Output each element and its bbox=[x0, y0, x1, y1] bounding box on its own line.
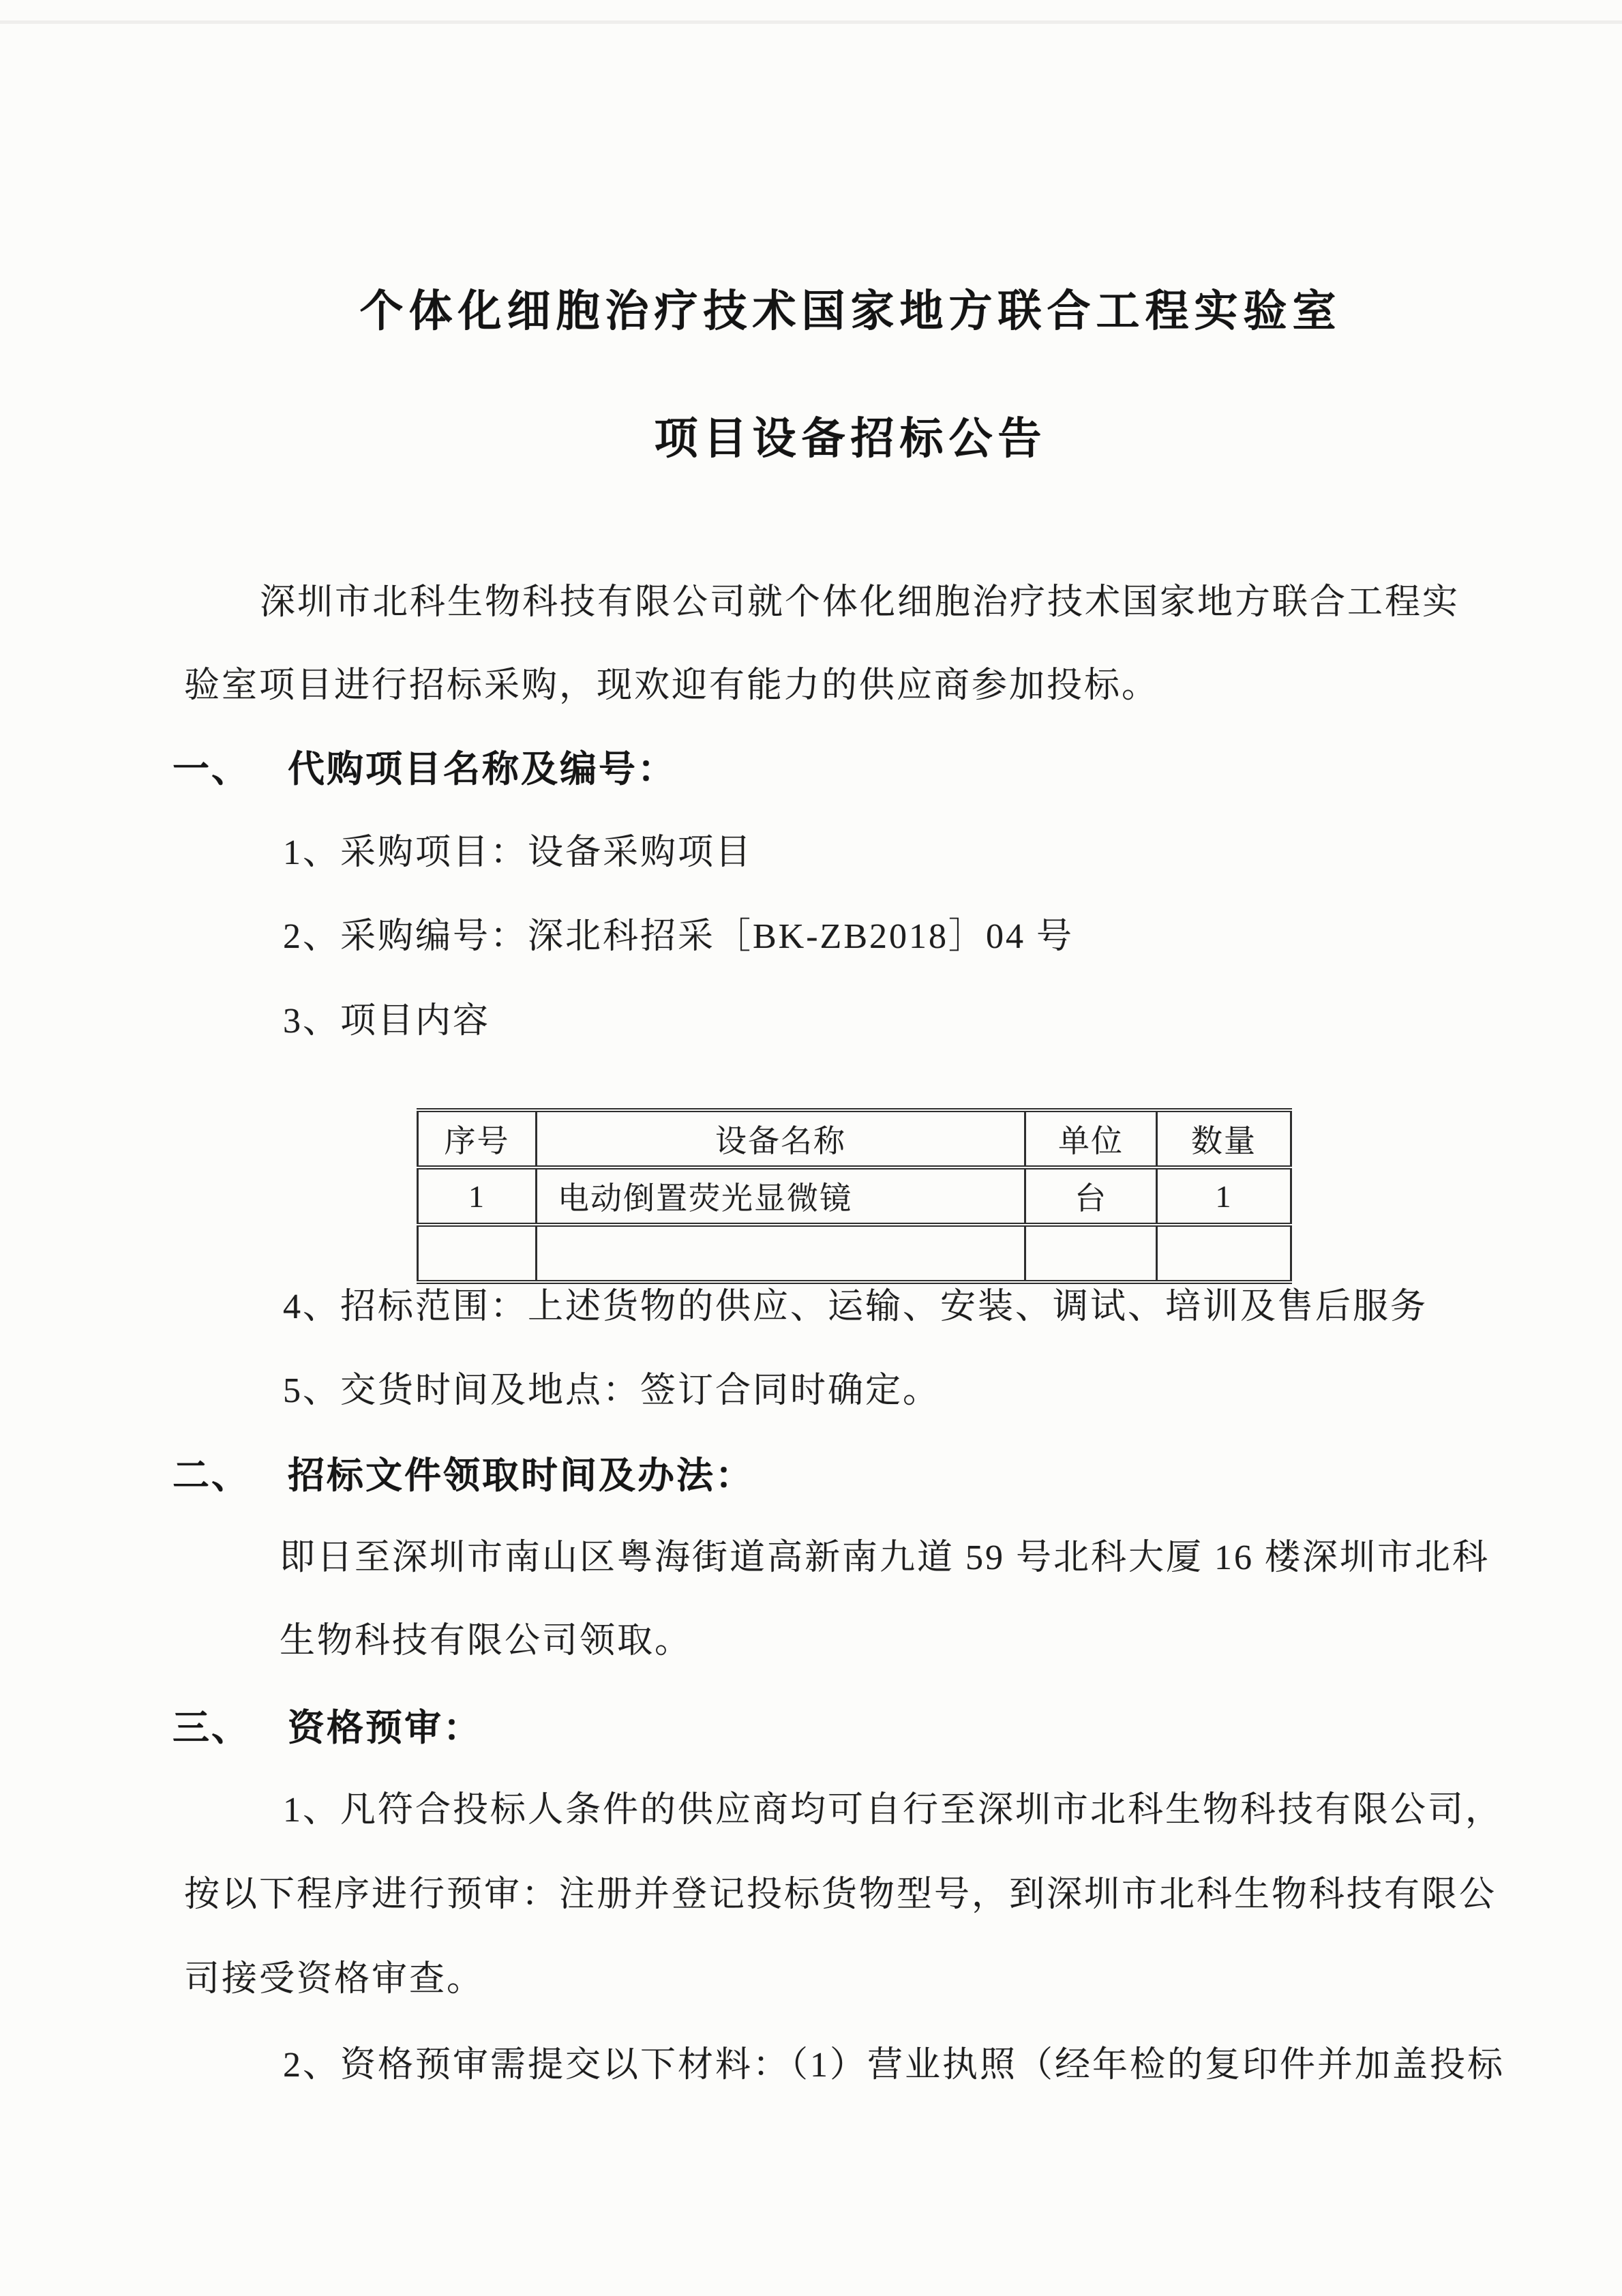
scan-edge-artifact bbox=[0, 20, 1622, 24]
section2-heading: 二、 招标文件领取时间及办法： bbox=[172, 1457, 1622, 1495]
table-cell-empty bbox=[418, 1225, 537, 1282]
table-cell-device-name: 电动倒置荧光显微镜 bbox=[537, 1167, 1025, 1225]
section2-number: 二、 bbox=[172, 1457, 288, 1495]
purchase-item-2: 2、采购编号：深北科招采［BK-ZB2018］04 号 bbox=[283, 919, 1622, 955]
section2-line-2: 生物科技有限公司领取。 bbox=[280, 1624, 1622, 1659]
document-page: { "doc": { "title_line1": "个体化细胞治疗技术国家地方… bbox=[0, 0, 1622, 2296]
table-cell-quantity: 1 bbox=[1157, 1167, 1291, 1225]
intro-line-1: 深圳市北科生物科技有限公司就个体化细胞治疗技术国家地方联合工程实 bbox=[260, 585, 1622, 621]
equipment-table: 序号 设备名称 单位 数量 1 电动倒置荧光显微镜 台 1 bbox=[417, 1108, 1292, 1284]
prequalification-item1-line1: 1、凡符合投标人条件的供应商均可自行至深圳市北科生物科技有限公司， bbox=[283, 1793, 1622, 1828]
table-cell-empty bbox=[1157, 1225, 1291, 1282]
table-header-index: 序号 bbox=[418, 1110, 537, 1167]
section3-heading-text: 资格预审： bbox=[288, 1709, 482, 1747]
section3-number: 三、 bbox=[172, 1709, 288, 1747]
section1-number: 一、 bbox=[172, 750, 288, 788]
equipment-table-row-1: 1 电动倒置荧光显微镜 台 1 bbox=[418, 1167, 1291, 1225]
purchase-item-5: 5、交货时间及地点：签订合同时确定。 bbox=[283, 1373, 1622, 1409]
prequalification-item1-line2: 按以下程序进行预审：注册并登记投标货物型号，到深圳市北科生物科技有限公 bbox=[184, 1877, 1622, 1913]
table-cell-empty bbox=[1025, 1225, 1157, 1282]
table-cell-index: 1 bbox=[418, 1167, 537, 1225]
table-header-device-name: 设备名称 bbox=[537, 1110, 1025, 1167]
purchase-item-4: 4、招标范围：上述货物的供应、运输、安装、调试、培训及售后服务 bbox=[283, 1289, 1622, 1325]
table-header-unit: 单位 bbox=[1025, 1110, 1157, 1167]
section1-heading-text: 代购项目名称及编号： bbox=[288, 750, 676, 788]
table-cell-empty bbox=[537, 1225, 1025, 1282]
section3-heading: 三、 资格预审： bbox=[172, 1709, 1622, 1747]
section2-line-1: 即日至深圳市南山区粤海街道高新南九道 59 号北科大厦 16 楼深圳市北科 bbox=[280, 1540, 1622, 1576]
prequalification-item2-line1: 2、资格预审需提交以下材料：（1）营业执照（经年检的复印件并加盖投标 bbox=[283, 2048, 1622, 2083]
section2-heading-text: 招标文件领取时间及办法： bbox=[288, 1457, 754, 1495]
purchase-item-1: 1、采购项目：设备采购项目 bbox=[283, 835, 1622, 871]
prequalification-item1-line3: 司接受资格审查。 bbox=[184, 1962, 1622, 1997]
scanned-page: 个体化细胞治疗技术国家地方联合工程实验室 项目设备招标公告 深圳市北科生物科技有… bbox=[0, 0, 1622, 2296]
section1-heading: 一、 代购项目名称及编号： bbox=[172, 750, 1622, 788]
table-cell-unit: 台 bbox=[1025, 1167, 1157, 1225]
purchase-item-3: 3、项目内容 bbox=[283, 1004, 1622, 1039]
intro-line-2: 验室项目进行招标采购，现欢迎有能力的供应商参加投标。 bbox=[184, 668, 1622, 704]
page-title-line2: 项目设备招标公告 bbox=[40, 417, 1622, 461]
page-title-line1: 个体化细胞治疗技术国家地方联合工程实验室 bbox=[40, 290, 1622, 333]
table-header-quantity: 数量 bbox=[1157, 1110, 1291, 1167]
equipment-table-row-2-empty bbox=[418, 1225, 1291, 1282]
equipment-table-header-row: 序号 设备名称 单位 数量 bbox=[418, 1110, 1291, 1167]
